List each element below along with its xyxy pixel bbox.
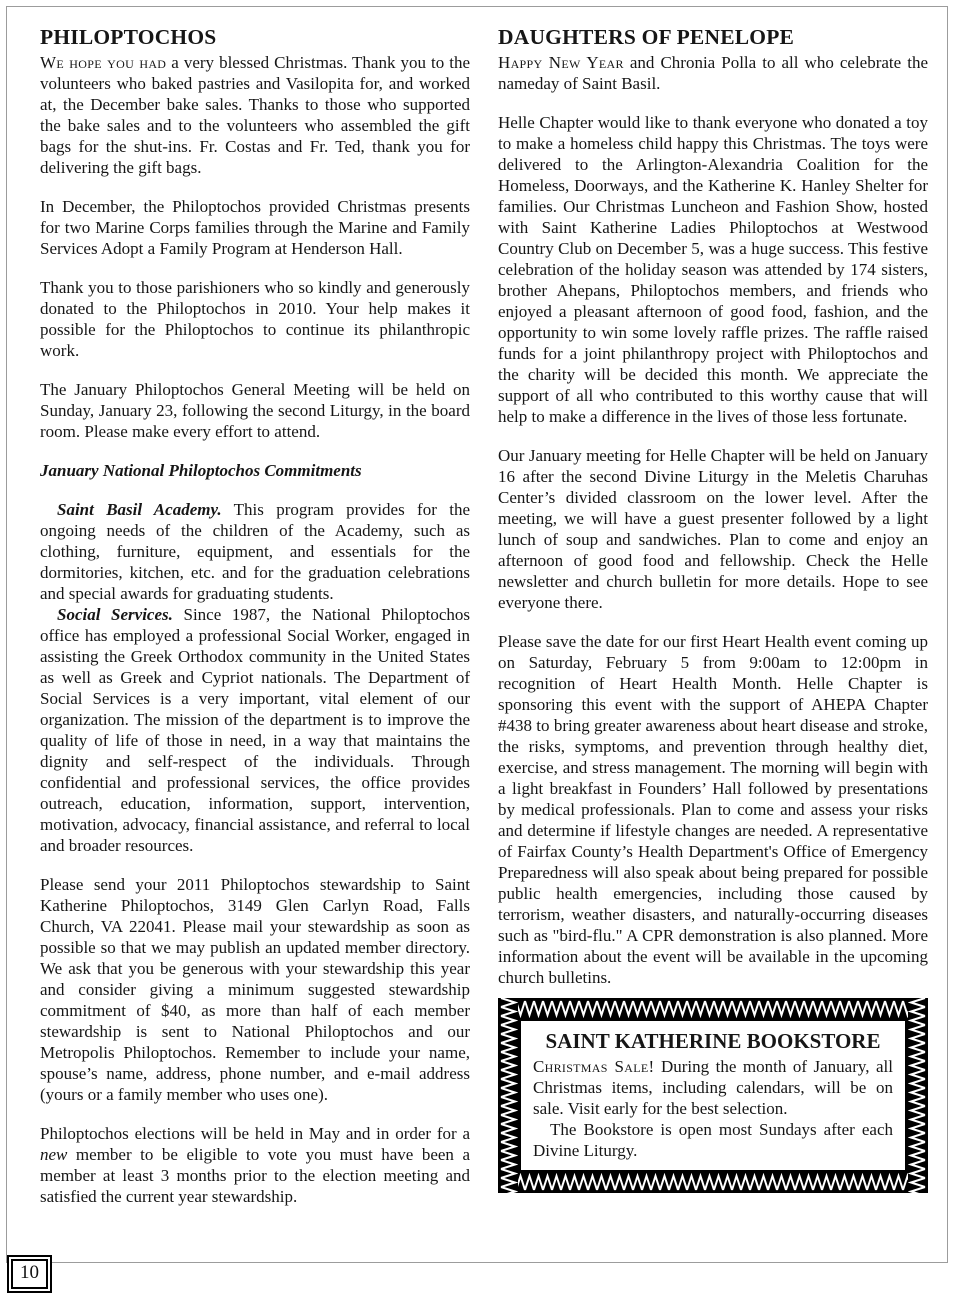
- page-number: 10: [11, 1259, 48, 1289]
- zigzag-border-top: [498, 998, 928, 1018]
- bookstore-heading: SAINT KATHERINE BOOKSTORE: [533, 1028, 893, 1054]
- document-page: PHILOPTOCHOS We hope you had a very bles…: [0, 0, 960, 1304]
- paragraph-elections: Philoptochos elections will be held in M…: [40, 1123, 470, 1207]
- subheading-commitments: January National Philoptochos Commitment…: [40, 460, 470, 481]
- paragraph-bookstore-hours: The Bookstore is open most Sundays after…: [533, 1119, 893, 1161]
- paragraph-helle-chapter-thanks: Helle Chapter would like to thank everyo…: [498, 112, 928, 427]
- paragraph-marine-families: In December, the Philoptochos provided C…: [40, 196, 470, 259]
- paragraph-saint-basil-academy: Saint Basil Academy. This program provid…: [40, 499, 470, 604]
- paragraph-text: Philoptochos elections will be held in M…: [40, 1124, 470, 1143]
- paragraph-heart-health: Please save the date for our first Heart…: [498, 631, 928, 988]
- smallcaps-lead: We hope you had: [40, 53, 166, 72]
- paragraph-new-year: Happy New Year and Chronia Polla to all …: [498, 52, 928, 94]
- left-column: PHILOPTOCHOS We hope you had a very bles…: [40, 24, 470, 1207]
- section-heading-philoptochos: PHILOPTOCHOS: [40, 24, 470, 50]
- bookstore-ad-box: SAINT KATHERINE BOOKSTORE Christmas Sale…: [498, 998, 928, 1193]
- smallcaps-lead: Happy New Year: [498, 53, 624, 72]
- paragraph-general-meeting: The January Philoptochos General Meeting…: [40, 379, 470, 442]
- paragraph-text: Since 1987, the National Philoptochos of…: [40, 605, 470, 855]
- zigzag-border-left: [498, 998, 518, 1193]
- bold-italic-lead: Social Services.: [57, 605, 173, 624]
- section-heading-daughters-of-penelope: DAUGHTERS OF PENELOPE: [498, 24, 928, 50]
- paragraph-christmas-thanks: We hope you had a very blessed Christmas…: [40, 52, 470, 178]
- page-number-box: 10: [7, 1255, 52, 1293]
- bookstore-ad-inner: SAINT KATHERINE BOOKSTORE Christmas Sale…: [518, 1018, 908, 1173]
- paragraph-january-meeting: Our January meeting for Helle Chapter wi…: [498, 445, 928, 613]
- paragraph-social-services: Social Services. Since 1987, the Nationa…: [40, 604, 470, 856]
- italic-word: new: [40, 1145, 67, 1164]
- zigzag-border-bottom: [498, 1173, 928, 1193]
- paragraph-stewardship: Please send your 2011 Philoptochos stewa…: [40, 874, 470, 1105]
- paragraph-donor-thanks: Thank you to those parishioners who so k…: [40, 277, 470, 361]
- right-column: DAUGHTERS OF PENELOPE Happy New Year and…: [498, 24, 928, 1207]
- zigzag-border-right: [908, 998, 928, 1193]
- paragraph-bookstore-sale: Christmas Sale! During the month of Janu…: [533, 1056, 893, 1119]
- page-content: PHILOPTOCHOS We hope you had a very bles…: [40, 24, 928, 1207]
- bold-italic-lead: Saint Basil Academy.: [57, 500, 222, 519]
- paragraph-text: member to be eligible to vote you must h…: [40, 1145, 470, 1206]
- smallcaps-lead: Christmas Sale!: [533, 1057, 654, 1076]
